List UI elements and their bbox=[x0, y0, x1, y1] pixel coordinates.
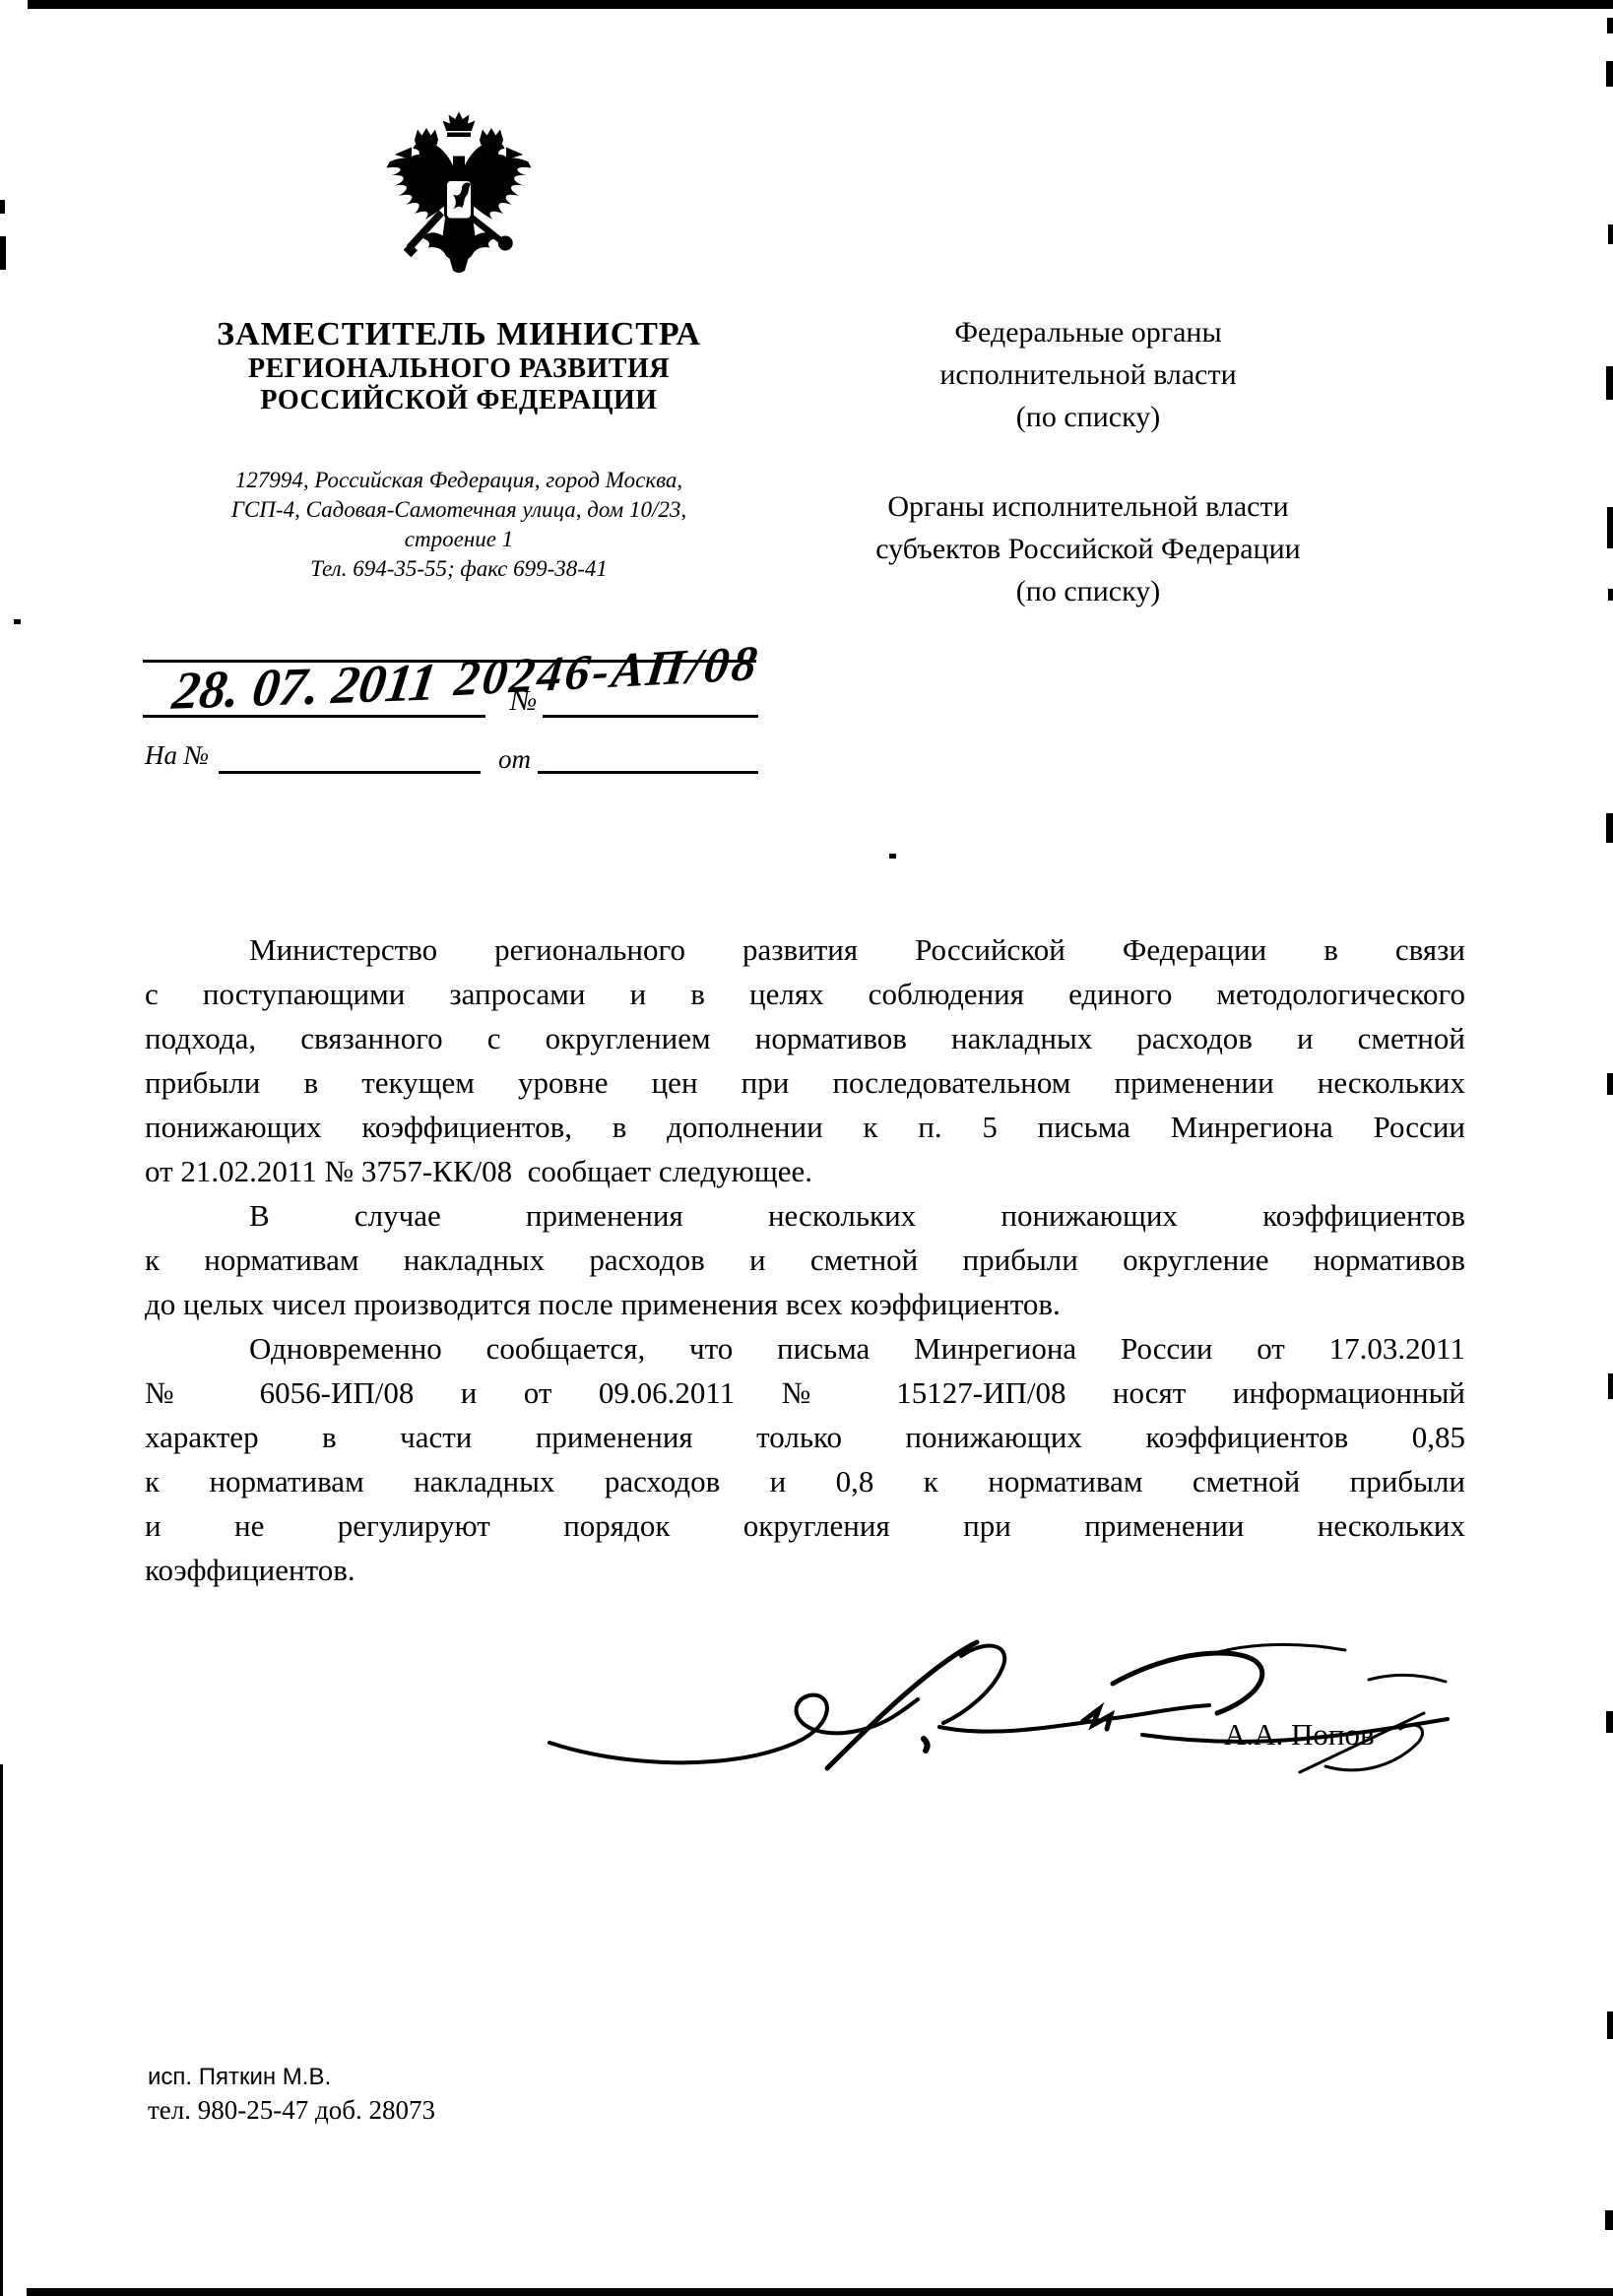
handwritten-date: 28. 07. 2011 bbox=[169, 651, 441, 722]
executor-name: исп. Пяткин М.В. bbox=[148, 2062, 435, 2093]
scan-mark bbox=[1606, 1711, 1613, 1733]
ref-number-rule bbox=[543, 715, 758, 718]
body-line: Одновременно сообщается, что письма Минр… bbox=[145, 1326, 1465, 1371]
reply-number-label: На № bbox=[145, 740, 209, 771]
recipient-line: Органы исполнительной власти bbox=[825, 485, 1351, 528]
body-line: В случае применения нескольких понижающи… bbox=[145, 1193, 1465, 1238]
scan-edge-top bbox=[28, 0, 1613, 9]
body-line: и не регулируют порядок округления при п… bbox=[145, 1503, 1465, 1548]
scan-edge-bottom bbox=[27, 2288, 1613, 2296]
ministry-title-line2: РЕГИОНАЛЬНОГО РАЗВИТИЯ bbox=[148, 353, 770, 385]
ministry-title-line3: РОССИЙСКОЙ ФЕДЕРАЦИИ bbox=[148, 385, 770, 416]
coat-of-arms-eagle-icon bbox=[385, 110, 533, 273]
body-line: от 21.02.2011 № 3757-КК/08 сообщает след… bbox=[145, 1149, 1465, 1193]
scan-mark bbox=[1606, 366, 1613, 400]
scan-mark bbox=[14, 619, 21, 624]
scan-mark bbox=[1608, 224, 1613, 244]
recipient-line: Федеральные органы bbox=[825, 311, 1351, 353]
body-line: до целых чисел производится после примен… bbox=[145, 1282, 1465, 1326]
ministry-address: 127994, Российская Федерация, город Моск… bbox=[148, 466, 770, 584]
reply-number-rule bbox=[219, 771, 481, 774]
address-line: 127994, Российская Федерация, город Моск… bbox=[148, 466, 770, 495]
address-line: Тел. 694-35-55; факс 699-38-41 bbox=[148, 554, 770, 584]
body-line: к нормативам накладных расходов и 0,8 к … bbox=[145, 1459, 1465, 1503]
address-line: строение 1 bbox=[148, 525, 770, 554]
address-line: ГСП-4, Садовая-Самотечная улица, дом 10/… bbox=[148, 495, 770, 525]
body-line: прибыли в текущем уровне цен при последо… bbox=[145, 1060, 1465, 1105]
ref-date-rule bbox=[143, 715, 485, 718]
reply-date-label: от bbox=[498, 744, 531, 775]
scan-mark bbox=[1607, 507, 1613, 548]
recipient-regional: Органы исполнительной власти субъектов Р… bbox=[825, 485, 1351, 612]
body-line: понижающих коэффициентов, в дополнении к… bbox=[145, 1105, 1465, 1149]
body-line: к нормативам накладных расходов и сметно… bbox=[145, 1238, 1465, 1282]
reply-date-rule bbox=[538, 771, 758, 774]
scanned-letter-page: ЗАМЕСТИТЕЛЬ МИНИСТРА РЕГИОНАЛЬНОГО РАЗВИ… bbox=[0, 0, 1613, 2296]
recipient-line: (по списку) bbox=[825, 570, 1351, 612]
body-line: подхода, связанного с округлением нормат… bbox=[145, 1016, 1465, 1060]
recipient-line: исполнительной власти bbox=[825, 353, 1351, 396]
executor-block: исп. Пяткин М.В. тел. 980-25-47 доб. 280… bbox=[148, 2062, 435, 2127]
scan-mark bbox=[1606, 813, 1613, 843]
ministry-title-line1: ЗАМЕСТИТЕЛЬ МИНИСТРА bbox=[148, 316, 770, 353]
letterhead: ЗАМЕСТИТЕЛЬ МИНИСТРА РЕГИОНАЛЬНОГО РАЗВИ… bbox=[148, 110, 770, 584]
signature-scrawl-icon bbox=[532, 1623, 1467, 1795]
body-line: коэффициентов. bbox=[145, 1548, 1465, 1592]
scan-mark bbox=[1606, 61, 1613, 87]
scan-mark bbox=[0, 236, 6, 270]
recipient-line: (по списку) bbox=[825, 396, 1351, 438]
handwritten-number: 20246-АП/08 bbox=[452, 634, 763, 708]
scan-mark bbox=[1605, 2210, 1613, 2230]
scan-mark bbox=[1607, 18, 1613, 33]
body-line: характер в части применения только пониж… bbox=[145, 1415, 1465, 1459]
recipients: Федеральные органы исполнительной власти… bbox=[825, 311, 1351, 612]
executor-phone: тел. 980-25-47 доб. 28073 bbox=[148, 2093, 435, 2127]
scan-mark bbox=[1608, 1373, 1613, 1399]
recipient-federal: Федеральные органы исполнительной власти… bbox=[825, 311, 1351, 438]
scan-mark bbox=[0, 200, 5, 214]
recipient-line: субъектов Российской Федерации bbox=[825, 528, 1351, 570]
scan-mark bbox=[1608, 589, 1613, 601]
stray-ink-dot bbox=[889, 854, 896, 859]
body-line: Министерство регионального развития Росс… bbox=[145, 927, 1465, 972]
scan-mark bbox=[1607, 1073, 1613, 1095]
scan-mark bbox=[1607, 2011, 1613, 2039]
body-line: № 6056-ИП/08 и от 09.06.2011 № 15127-ИП/… bbox=[145, 1371, 1465, 1415]
letter-body: Министерство регионального развития Росс… bbox=[145, 927, 1465, 1592]
body-line: с поступающими запросами и в целях соблю… bbox=[145, 972, 1465, 1016]
scan-edge-left-line bbox=[0, 1764, 3, 2296]
